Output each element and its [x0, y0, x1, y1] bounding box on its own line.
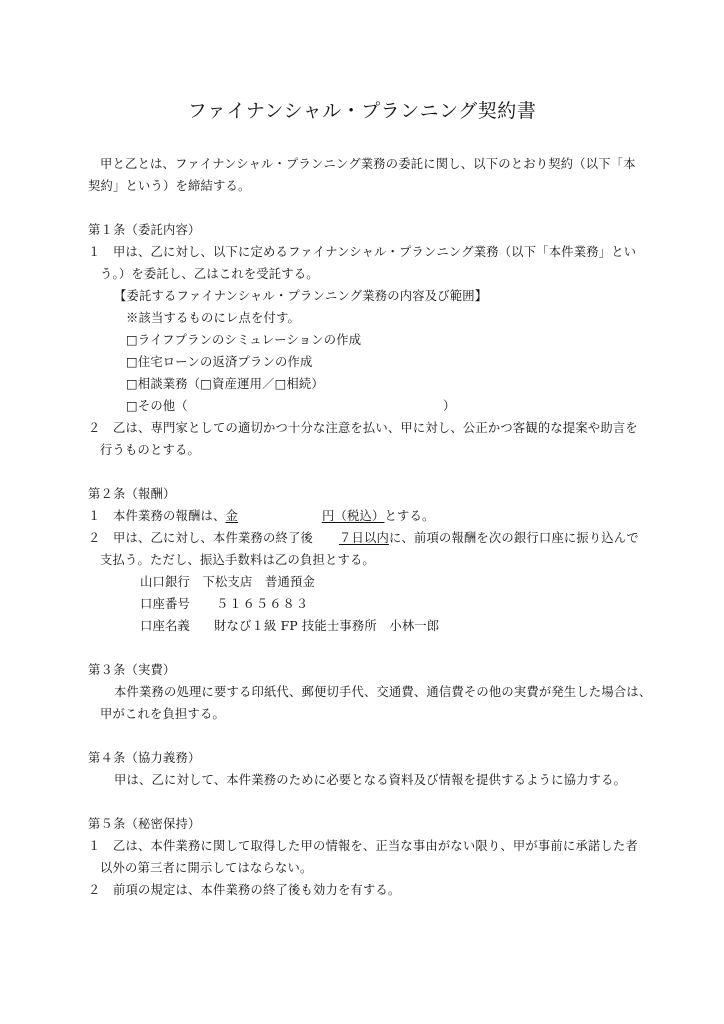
article-5-clause-2: ２ 前項の規定は、本件業務の終了後も効力を有する。: [88, 882, 400, 898]
checkbox-item-other[interactable]: □その他（: [126, 398, 188, 414]
account-number-label: 口座番号: [140, 596, 190, 612]
contract-page: ファイナンシャル・プランニング契約書 甲と乙とは、ファイナンシャル・プランニング…: [0, 0, 724, 1024]
payment-deadline-field[interactable]: ７日以内: [313, 531, 389, 545]
article-3-heading: 第３条（実費）: [88, 662, 175, 678]
bank-line: 山口銀行 下松支店 普通預金: [140, 574, 315, 590]
article-3-line-1: 本件業務の処理に要する印紙代、郵便切手代、交通費、通信費その他の実費が発生した場…: [114, 684, 651, 700]
account-name: 財なび１級 FP 技能士事務所 小林一郎: [214, 618, 439, 634]
account-name-label: 口座名義: [140, 618, 190, 634]
document-title: ファイナンシャル・プランニング契約書: [0, 96, 724, 123]
article-2-heading: 第２条（報酬）: [88, 486, 175, 502]
article-4-heading: 第４条（協力義務）: [88, 750, 200, 766]
article-1-clause-2-line-2: 行うものとする。: [100, 442, 200, 458]
payment-clause-line-2: 支払う。ただし、振込手数料は乙の負担とする。: [100, 552, 375, 568]
checkbox-item-consulting[interactable]: □相談業務（□資産運用／□相続）: [126, 376, 324, 392]
article-5-heading: 第５条（秘密保持）: [88, 816, 200, 832]
article-1-clause-1-line-2: う。）を委託し、乙はこれを受託する。: [100, 266, 319, 282]
payment-clause-line-1: ２ 甲は、乙に対し、本件業務の終了後７日以内に、前項の報酬を次の銀行口座に振り込…: [88, 530, 639, 546]
checkbox-item-life-plan[interactable]: □ライフプランのシミュレーションの作成: [126, 332, 361, 348]
article-3-line-2: 甲がこれを負担する。: [100, 706, 225, 722]
article-1-clause-1-line-1: １ 甲は、乙に対し、以下に定めるファイナンシャル・プランニング業務（以下「本件業…: [88, 244, 636, 260]
preamble-line-2: 契約」という）を締結する。: [88, 178, 250, 194]
fee-clause: １ 本件業務の報酬は、金円（税込）とする。: [88, 508, 434, 524]
scope-heading: 【委託するファイナンシャル・プランニング業務の内容及び範囲】: [114, 288, 487, 304]
account-number: ５１６５６８３: [216, 596, 309, 612]
other-close-paren: ）: [443, 398, 456, 414]
preamble-line-1: 甲と乙とは、ファイナンシャル・プランニング業務の委託に関し、以下のとおり契約（以…: [88, 156, 636, 172]
article-4-line-1: 甲は、乙に対して、本件業務のために必要となる資料及び情報を提供するように協力する…: [114, 772, 626, 788]
fee-amount-field[interactable]: 金円（税込）: [225, 509, 384, 523]
article-1-heading: 第１条（委託内容）: [88, 222, 200, 238]
scope-note: ※該当するものにレ点を付す。: [126, 310, 300, 326]
article-1-clause-2-line-1: ２ 乙は、専門家としての適切かつ十分な注意を払い、甲に対し、公正かつ客観的な提案…: [88, 420, 638, 436]
article-5-clause-1-line-1: １ 乙は、本件業務に関して取得した甲の情報を、正当な事由がない限り、甲が事前に承…: [88, 838, 638, 854]
checkbox-item-mortgage-plan[interactable]: □住宅ローンの返済プランの作成: [126, 354, 313, 370]
article-5-clause-1-line-2: 以外の第三者に開示してはならない。: [100, 860, 312, 876]
